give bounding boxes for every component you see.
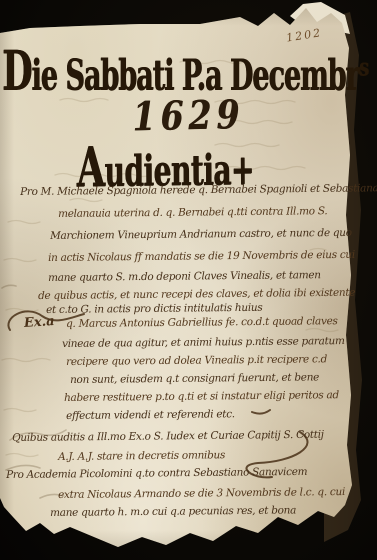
body-line: et c.to G. in actis pro dictis intitulat… [46, 302, 262, 316]
body-line: effectum videndi et referendi etc. [66, 408, 235, 422]
margin-mark-exa: Ex.a [24, 314, 56, 331]
manuscript-photo: 1202 Die Sabbati P.a Decembrˢ 1629 Audie… [0, 0, 377, 560]
body-line: A.J. A.J. stare in decretis omnibus [58, 449, 225, 463]
